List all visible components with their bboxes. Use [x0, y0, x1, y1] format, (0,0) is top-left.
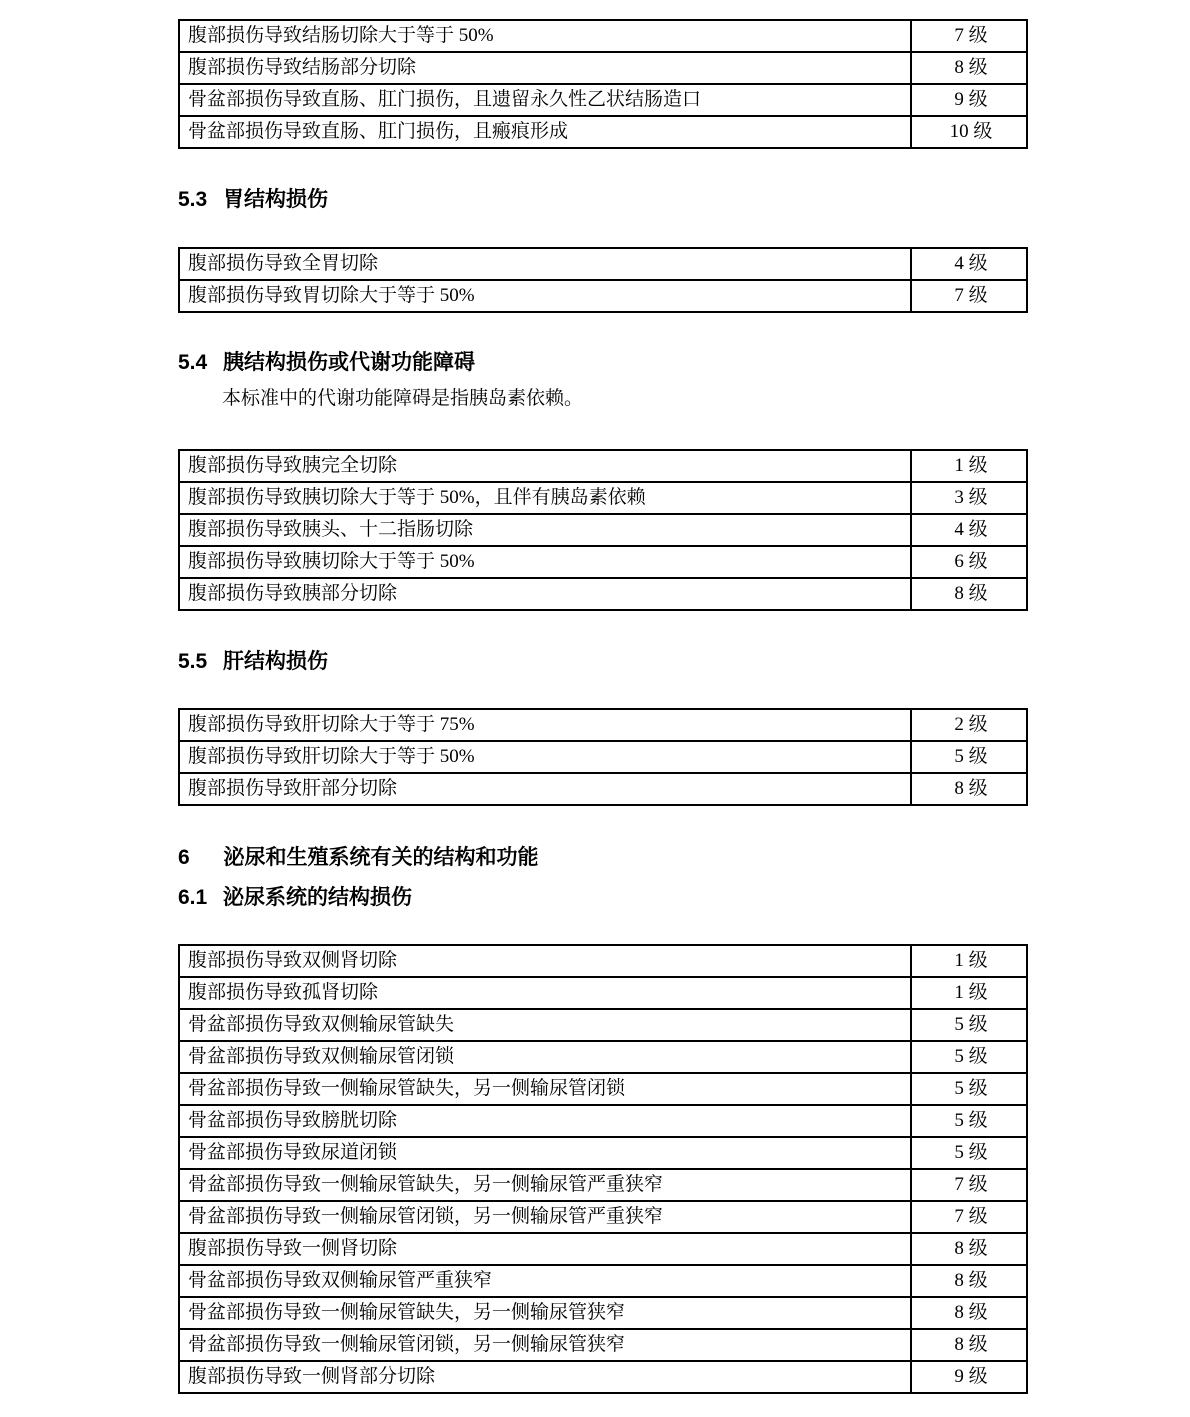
- injury-description: 骨盆部损伤导致尿道闭锁: [179, 1137, 911, 1169]
- grade-value: 5 级: [911, 1073, 1027, 1105]
- grade-value: 5 级: [911, 1009, 1027, 1041]
- grade-value: 7 级: [911, 1169, 1027, 1201]
- table-row: 骨盆部损伤导致双侧输尿管闭锁 5 级: [179, 1041, 1027, 1073]
- section-number: 5.4: [178, 351, 207, 374]
- table-row: 腹部损伤导致结肠部分切除 8 级: [179, 52, 1027, 84]
- table-row: 腹部损伤导致孤肾切除 1 级: [179, 977, 1027, 1009]
- injury-description: 腹部损伤导致肝切除大于等于 75%: [179, 709, 911, 741]
- injury-description: 腹部损伤导致胰头、十二指肠切除: [179, 514, 911, 546]
- table-row: 腹部损伤导致结肠切除大于等于 50% 7 级: [179, 20, 1027, 52]
- section-title: 胰结构损伤或代谢功能障碍: [223, 351, 475, 374]
- grade-value: 1 级: [911, 450, 1027, 482]
- grade-value: 7 级: [911, 280, 1027, 312]
- table-liver: 腹部损伤导致肝切除大于等于 75% 2 级 腹部损伤导致肝切除大于等于 50% …: [178, 708, 1028, 806]
- table-row: 骨盆部损伤导致一侧输尿管闭锁，另一侧输尿管狭窄 8 级: [179, 1329, 1027, 1361]
- section-heading-5-4: 5.4 胰结构损伤或代谢功能障碍: [178, 351, 475, 374]
- table-row: 骨盆部损伤导致直肠、肛门损伤，且瘢痕形成 10 级: [179, 116, 1027, 148]
- grade-value: 8 级: [911, 578, 1027, 610]
- injury-description: 腹部损伤导致胰切除大于等于 50%: [179, 546, 911, 578]
- grade-value: 9 级: [911, 84, 1027, 116]
- grade-value: 1 级: [911, 945, 1027, 977]
- injury-description: 骨盆部损伤导致一侧输尿管缺失，另一侧输尿管严重狭窄: [179, 1169, 911, 1201]
- table-row: 腹部损伤导致肝切除大于等于 75% 2 级: [179, 709, 1027, 741]
- injury-description: 骨盆部损伤导致膀胱切除: [179, 1105, 911, 1137]
- table-row: 腹部损伤导致一侧肾切除 8 级: [179, 1233, 1027, 1265]
- grade-value: 5 级: [911, 741, 1027, 773]
- injury-description: 腹部损伤导致肝部分切除: [179, 773, 911, 805]
- table-row: 骨盆部损伤导致双侧输尿管缺失 5 级: [179, 1009, 1027, 1041]
- section-note: 本标准中的代谢功能障碍是指胰岛素依赖。: [222, 388, 583, 411]
- injury-description: 骨盆部损伤导致一侧输尿管缺失，另一侧输尿管闭锁: [179, 1073, 911, 1105]
- section-title: 胃结构损伤: [223, 188, 328, 211]
- injury-description: 腹部损伤导致结肠部分切除: [179, 52, 911, 84]
- table-row: 骨盆部损伤导致膀胱切除 5 级: [179, 1105, 1027, 1137]
- section-number: 5.5: [178, 650, 207, 673]
- section-heading-6-1: 6.1 泌尿系统的结构损伤: [178, 886, 412, 909]
- grade-value: 4 级: [911, 514, 1027, 546]
- grade-value: 8 级: [911, 1265, 1027, 1297]
- section-title: 泌尿和生殖系统有关的结构和功能: [224, 846, 539, 869]
- injury-description: 腹部损伤导致双侧肾切除: [179, 945, 911, 977]
- injury-description: 骨盆部损伤导致双侧输尿管缺失: [179, 1009, 911, 1041]
- grade-value: 8 级: [911, 773, 1027, 805]
- injury-description: 腹部损伤导致全胃切除: [179, 248, 911, 280]
- grade-value: 5 级: [911, 1041, 1027, 1073]
- section-heading-5-5: 5.5 肝结构损伤: [178, 650, 328, 673]
- injury-description: 腹部损伤导致一侧肾切除: [179, 1233, 911, 1265]
- grade-value: 8 级: [911, 1297, 1027, 1329]
- grade-value: 5 级: [911, 1137, 1027, 1169]
- injury-description: 腹部损伤导致胰部分切除: [179, 578, 911, 610]
- table-row: 腹部损伤导致肝部分切除 8 级: [179, 773, 1027, 805]
- table-row: 骨盆部损伤导致一侧输尿管闭锁，另一侧输尿管严重狭窄 7 级: [179, 1201, 1027, 1233]
- table-row: 腹部损伤导致胰切除大于等于 50%，且伴有胰岛素依赖 3 级: [179, 482, 1027, 514]
- table-row: 腹部损伤导致胃切除大于等于 50% 7 级: [179, 280, 1027, 312]
- document-page: 腹部损伤导致结肠切除大于等于 50% 7 级 腹部损伤导致结肠部分切除 8 级 …: [0, 0, 1190, 1417]
- table-row: 腹部损伤导致胰切除大于等于 50% 6 级: [179, 546, 1027, 578]
- table-row: 腹部损伤导致肝切除大于等于 50% 5 级: [179, 741, 1027, 773]
- grade-value: 8 级: [911, 1329, 1027, 1361]
- injury-description: 腹部损伤导致一侧肾部分切除: [179, 1361, 911, 1393]
- table-pancreas: 腹部损伤导致胰完全切除 1 级 腹部损伤导致胰切除大于等于 50%，且伴有胰岛素…: [178, 449, 1028, 611]
- injury-description: 骨盆部损伤导致直肠、肛门损伤，且遗留永久性乙状结肠造口: [179, 84, 911, 116]
- table-row: 腹部损伤导致一侧肾部分切除 9 级: [179, 1361, 1027, 1393]
- grade-value: 4 级: [911, 248, 1027, 280]
- section-heading-5-3: 5.3 胃结构损伤: [178, 188, 328, 211]
- table-urinary: 腹部损伤导致双侧肾切除 1 级 腹部损伤导致孤肾切除 1 级 骨盆部损伤导致双侧…: [178, 944, 1028, 1394]
- table-stomach: 腹部损伤导致全胃切除 4 级 腹部损伤导致胃切除大于等于 50% 7 级: [178, 247, 1028, 313]
- section-heading-6: 6 泌尿和生殖系统有关的结构和功能: [178, 846, 539, 869]
- injury-description: 骨盆部损伤导致一侧输尿管闭锁，另一侧输尿管严重狭窄: [179, 1201, 911, 1233]
- injury-description: 腹部损伤导致胃切除大于等于 50%: [179, 280, 911, 312]
- table-row: 骨盆部损伤导致一侧输尿管缺失，另一侧输尿管严重狭窄 7 级: [179, 1169, 1027, 1201]
- injury-description: 腹部损伤导致胰切除大于等于 50%，且伴有胰岛素依赖: [179, 482, 911, 514]
- grade-value: 3 级: [911, 482, 1027, 514]
- grade-value: 7 级: [911, 20, 1027, 52]
- section-number: 6: [178, 846, 190, 869]
- table-row: 腹部损伤导致胰头、十二指肠切除 4 级: [179, 514, 1027, 546]
- injury-description: 骨盆部损伤导致一侧输尿管闭锁，另一侧输尿管狭窄: [179, 1329, 911, 1361]
- injury-description: 腹部损伤导致孤肾切除: [179, 977, 911, 1009]
- section-title: 泌尿系统的结构损伤: [223, 886, 412, 909]
- table-row: 骨盆部损伤导致一侧输尿管缺失，另一侧输尿管闭锁 5 级: [179, 1073, 1027, 1105]
- grade-value: 7 级: [911, 1201, 1027, 1233]
- grade-value: 5 级: [911, 1105, 1027, 1137]
- injury-description: 骨盆部损伤导致双侧输尿管严重狭窄: [179, 1265, 911, 1297]
- table-row: 腹部损伤导致胰完全切除 1 级: [179, 450, 1027, 482]
- grade-value: 10 级: [911, 116, 1027, 148]
- grade-value: 9 级: [911, 1361, 1027, 1393]
- grade-value: 2 级: [911, 709, 1027, 741]
- table-row: 腹部损伤导致胰部分切除 8 级: [179, 578, 1027, 610]
- section-title: 肝结构损伤: [223, 650, 328, 673]
- table-row: 腹部损伤导致双侧肾切除 1 级: [179, 945, 1027, 977]
- table-row: 腹部损伤导致全胃切除 4 级: [179, 248, 1027, 280]
- section-number: 6.1: [178, 886, 207, 909]
- table-row: 骨盆部损伤导致一侧输尿管缺失，另一侧输尿管狭窄 8 级: [179, 1297, 1027, 1329]
- injury-description: 骨盆部损伤导致一侧输尿管缺失，另一侧输尿管狭窄: [179, 1297, 911, 1329]
- table-row: 骨盆部损伤导致直肠、肛门损伤，且遗留永久性乙状结肠造口 9 级: [179, 84, 1027, 116]
- injury-description: 骨盆部损伤导致直肠、肛门损伤，且瘢痕形成: [179, 116, 911, 148]
- grade-value: 6 级: [911, 546, 1027, 578]
- injury-description: 骨盆部损伤导致双侧输尿管闭锁: [179, 1041, 911, 1073]
- section-number: 5.3: [178, 188, 207, 211]
- grade-value: 8 级: [911, 52, 1027, 84]
- injury-description: 腹部损伤导致胰完全切除: [179, 450, 911, 482]
- grade-value: 8 级: [911, 1233, 1027, 1265]
- grade-value: 1 级: [911, 977, 1027, 1009]
- table-row: 骨盆部损伤导致尿道闭锁 5 级: [179, 1137, 1027, 1169]
- table-row: 骨盆部损伤导致双侧输尿管严重狭窄 8 级: [179, 1265, 1027, 1297]
- injury-description: 腹部损伤导致结肠切除大于等于 50%: [179, 20, 911, 52]
- table-rectum-colon: 腹部损伤导致结肠切除大于等于 50% 7 级 腹部损伤导致结肠部分切除 8 级 …: [178, 19, 1028, 149]
- injury-description: 腹部损伤导致肝切除大于等于 50%: [179, 741, 911, 773]
